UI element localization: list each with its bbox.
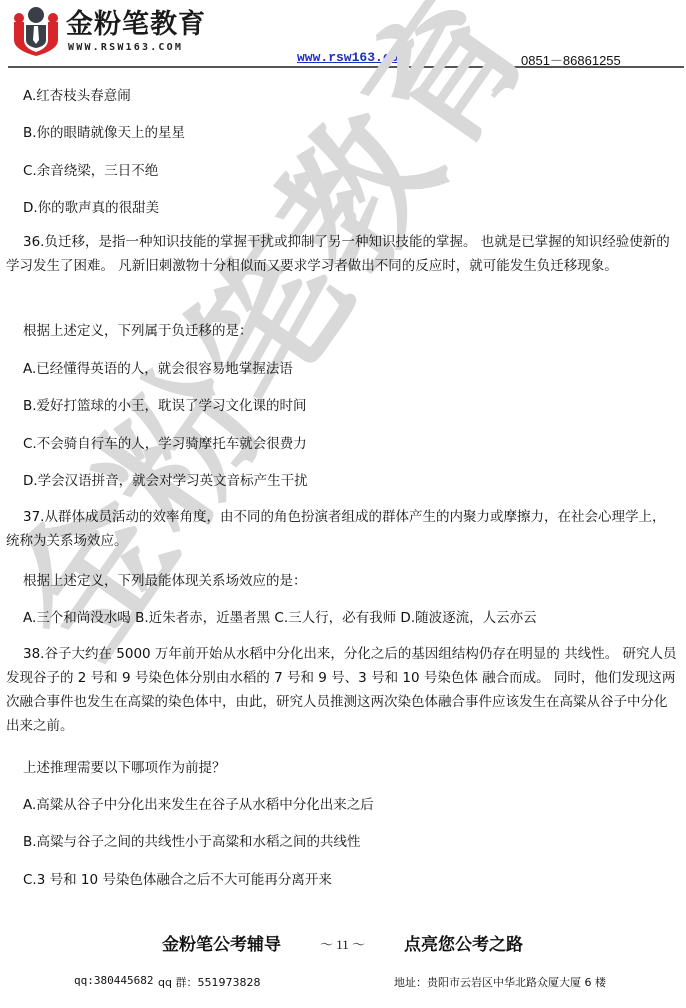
footer-left-slogan: 金粉笔公考辅导 — [162, 930, 281, 955]
page-header: 金粉笔教育 WWW.RSW163.COM www.rsw163.com 0851… — [0, 0, 686, 68]
footer-qq: qq:380445682 — [74, 974, 153, 987]
brand-url-caption: WWW.RSW163.COM — [68, 42, 183, 53]
footer-qq-group: qq 群：551973828 — [158, 974, 260, 990]
q36-option-c: C.不会骑自行车的人，学习骑摩托车就会很费力 — [23, 432, 307, 452]
q36-question: 根据上述定义，下列属于负迁移的是： — [23, 319, 253, 339]
q38-option-a: A.高粱从谷子中分化出来发生在谷子从水稻中分化出来之后 — [23, 793, 374, 813]
page-number: ～ 11 ～ — [320, 934, 365, 953]
q36-option-d: D.学会汉语拼音，就会对学习英文音标产生干扰 — [23, 469, 308, 489]
q36-option-a: A.已经懂得英语的人，就会很容易地掌握法语 — [23, 357, 293, 377]
q38-option-b: B.高粱与谷子之间的共线性小于高粱和水稻之间的共线性 — [23, 830, 361, 850]
q35-option-a: A.红杏枝头春意闹 — [23, 84, 131, 104]
brand-name: 金粉笔教育 — [66, 10, 206, 40]
q36-option-b: B.爱好打篮球的小王，耽误了学习文化课的时间 — [23, 394, 307, 414]
q37-options: A.三个和尚没水喝 B.近朱者赤，近墨者黑 C.三人行，必有我师 D.随波逐流，… — [23, 606, 537, 626]
q38-option-c: C.3 号和 10 号染色体融合之后不大可能再分离开来 — [23, 868, 332, 888]
header-divider — [8, 66, 684, 68]
q35-option-b: B.你的眼睛就像天上的星星 — [23, 121, 185, 141]
brand-logo-icon — [10, 6, 62, 56]
website-link[interactable]: www.rsw163.com — [297, 50, 406, 65]
footer-address: 地址：贵阳市云岩区中华北路众厦大厦 6 楼 — [394, 974, 606, 990]
q37-stem: 37.从群体成员活动的效率角度，由不同的角色扮演者组成的群体产生的内聚力或摩擦力… — [6, 505, 678, 553]
q36-stem: 36.负迁移，是指一种知识技能的掌握干扰或抑制了另一种知识技能的掌握。 也就是已… — [6, 230, 678, 278]
q35-option-d: D.你的歌声真的很甜美 — [23, 196, 159, 216]
q38-stem: 38.谷子大约在 5000 万年前开始从水稻中分化出来，分化之后的基因组结构仍存… — [6, 642, 678, 738]
q35-option-c: C.余音绕梁，三日不绝 — [23, 159, 158, 179]
q38-question: 上述推理需要以下哪项作为前提？ — [23, 756, 226, 776]
footer-right-slogan: 点亮您公考之路 — [404, 930, 523, 955]
q37-question: 根据上述定义，下列最能体现关系场效应的是： — [23, 569, 307, 589]
